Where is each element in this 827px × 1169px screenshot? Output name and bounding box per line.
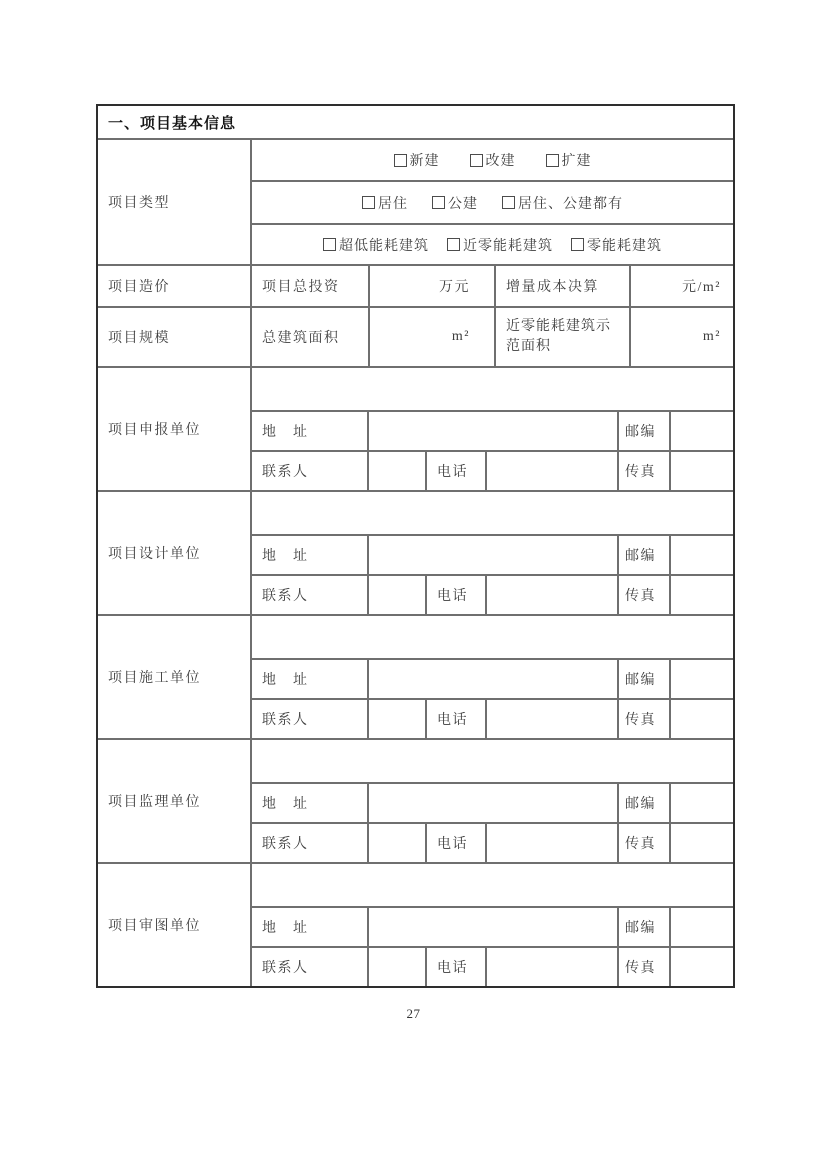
total-investment-label-cell: 项目总投资 xyxy=(250,266,368,306)
fax-input[interactable] xyxy=(669,824,733,862)
company-row xyxy=(252,864,733,906)
address-label: 地 址 xyxy=(262,669,309,689)
address-row: 地 址 邮编 xyxy=(252,534,733,574)
postcode-input[interactable] xyxy=(669,908,733,946)
unit-section-label: 项目监理单位 xyxy=(108,791,201,811)
fax-label-cell: 传真 xyxy=(617,948,669,986)
postcode-label: 邮编 xyxy=(625,917,656,937)
postcode-label: 邮编 xyxy=(625,669,656,689)
option-label: 零能耗建筑 xyxy=(587,235,662,255)
checkbox-icon xyxy=(502,196,515,209)
unit-section-label: 项目申报单位 xyxy=(108,419,201,439)
unit-section-label: 项目施工单位 xyxy=(108,667,201,687)
postcode-label-cell: 邮编 xyxy=(617,784,669,822)
phone-input[interactable] xyxy=(485,824,617,862)
postcode-input[interactable] xyxy=(669,536,733,574)
contact-label-cell: 联系人 xyxy=(252,452,367,490)
project-type-options: 新建 改建 扩建 居住 公建 居住、公建都有 超低能耗建筑 近零能耗建筑 零能耗… xyxy=(250,140,733,264)
address-label-cell: 地 址 xyxy=(252,660,367,698)
contact-row: 联系人 电话 传真 xyxy=(252,946,733,986)
floor-area-unit: m² xyxy=(452,329,470,345)
project-cost-label: 项目造价 xyxy=(108,276,170,296)
contact-label: 联系人 xyxy=(262,585,309,605)
postcode-input[interactable] xyxy=(669,660,733,698)
phone-label-cell: 电话 xyxy=(425,700,485,738)
demo-area-label: 近零能耗建筑示范面积 xyxy=(506,317,618,358)
document-page: 一、项目基本信息 项目类型 新建 改建 扩建 居住 公建 居住、公建都有 超低能 xyxy=(0,0,827,1169)
fax-label: 传真 xyxy=(625,585,656,605)
checkbox-option-renovation[interactable]: 改建 xyxy=(470,150,516,170)
address-label-cell: 地 址 xyxy=(252,536,367,574)
contact-row: 联系人 电话 传真 xyxy=(252,574,733,614)
address-row: 地 址 邮编 xyxy=(252,410,733,450)
floor-area-label-cell: 总建筑面积 xyxy=(250,308,368,366)
fax-input[interactable] xyxy=(669,700,733,738)
postcode-label: 邮编 xyxy=(625,545,656,565)
option-label: 公建 xyxy=(448,193,478,213)
unit-section-construction: 项目施工单位 地 址 邮编 联系人 电话 传真 xyxy=(98,614,733,738)
contact-label: 联系人 xyxy=(262,957,309,977)
unit-name-label-cell: 项目监理单位 xyxy=(98,740,250,862)
project-scale-label-cell: 项目规模 xyxy=(98,308,250,366)
project-type-row-energy-level: 超低能耗建筑 近零能耗建筑 零能耗建筑 xyxy=(252,223,733,264)
unit-name-label-cell: 项目设计单位 xyxy=(98,492,250,614)
phone-label-cell: 电话 xyxy=(425,824,485,862)
address-input[interactable] xyxy=(367,660,617,698)
company-name-input[interactable] xyxy=(252,740,733,782)
checkbox-icon xyxy=(362,196,375,209)
fax-label-cell: 传真 xyxy=(617,452,669,490)
option-label: 新建 xyxy=(410,150,440,170)
checkbox-icon xyxy=(447,238,460,251)
unit-section-label: 项目审图单位 xyxy=(108,915,201,935)
unit-section-fields: 地 址 邮编 联系人 电话 传真 xyxy=(250,864,733,986)
demo-area-label-cell: 近零能耗建筑示范面积 xyxy=(494,308,629,366)
project-scale-row: 项目规模 总建筑面积 m² 近零能耗建筑示范面积 m² xyxy=(98,306,733,366)
address-input[interactable] xyxy=(367,412,617,450)
option-label: 居住、公建都有 xyxy=(518,193,623,213)
address-label-cell: 地 址 xyxy=(252,784,367,822)
total-investment-input[interactable]: 万元 xyxy=(368,266,494,306)
contact-input[interactable] xyxy=(367,452,425,490)
demo-area-unit: m² xyxy=(703,329,721,345)
unit-name-label-cell: 项目施工单位 xyxy=(98,616,250,738)
fax-input[interactable] xyxy=(669,576,733,614)
checkbox-option-public[interactable]: 公建 xyxy=(432,193,478,213)
contact-input[interactable] xyxy=(367,948,425,986)
phone-label: 电话 xyxy=(437,709,468,729)
checkbox-icon xyxy=(323,238,336,251)
company-name-input[interactable] xyxy=(252,492,733,534)
unit-section-supervision: 项目监理单位 地 址 邮编 联系人 电话 传真 xyxy=(98,738,733,862)
company-row xyxy=(252,368,733,410)
address-label-cell: 地 址 xyxy=(252,908,367,946)
contact-input[interactable] xyxy=(367,700,425,738)
option-label: 居住 xyxy=(378,193,408,213)
address-label: 地 址 xyxy=(262,793,309,813)
address-label: 地 址 xyxy=(262,545,309,565)
address-input[interactable] xyxy=(367,908,617,946)
unit-section-fields: 地 址 邮编 联系人 电话 传真 xyxy=(250,616,733,738)
page-number: 27 xyxy=(0,1006,827,1022)
project-type-label: 项目类型 xyxy=(108,192,170,212)
fax-label-cell: 传真 xyxy=(617,700,669,738)
fax-input[interactable] xyxy=(669,948,733,986)
postcode-label-cell: 邮编 xyxy=(617,536,669,574)
contact-label: 联系人 xyxy=(262,833,309,853)
contact-row: 联系人 电话 传真 xyxy=(252,450,733,490)
phone-label: 电话 xyxy=(437,957,468,977)
postcode-input[interactable] xyxy=(669,412,733,450)
project-info-table: 一、项目基本信息 项目类型 新建 改建 扩建 居住 公建 居住、公建都有 超低能 xyxy=(96,104,735,988)
postcode-label-cell: 邮编 xyxy=(617,660,669,698)
address-label: 地 址 xyxy=(262,421,309,441)
checkbox-option-residential-and-public[interactable]: 居住、公建都有 xyxy=(502,193,623,213)
contact-input[interactable] xyxy=(367,824,425,862)
total-investment-label: 项目总投资 xyxy=(262,276,340,296)
fax-label: 传真 xyxy=(625,709,656,729)
option-label: 超低能耗建筑 xyxy=(339,235,429,255)
postcode-label: 邮编 xyxy=(625,421,656,441)
fax-label: 传真 xyxy=(625,957,656,977)
address-row: 地 址 邮编 xyxy=(252,906,733,946)
table-title: 一、项目基本信息 xyxy=(108,112,236,133)
company-row xyxy=(252,616,733,658)
phone-label: 电话 xyxy=(437,585,468,605)
checkbox-option-ultra-low-energy[interactable]: 超低能耗建筑 xyxy=(323,235,429,255)
demo-area-input[interactable]: m² xyxy=(629,308,733,366)
postcode-label: 邮编 xyxy=(625,793,656,813)
fax-label: 传真 xyxy=(625,461,656,481)
fax-label: 传真 xyxy=(625,833,656,853)
unit-section-fields: 地 址 邮编 联系人 电话 传真 xyxy=(250,368,733,490)
checkbox-option-residential[interactable]: 居住 xyxy=(362,193,408,213)
phone-label: 电话 xyxy=(437,833,468,853)
total-investment-unit: 万元 xyxy=(439,276,470,296)
fax-label-cell: 传真 xyxy=(617,824,669,862)
unit-section-declaring: 项目申报单位 地 址 邮编 联系人 电话 传真 xyxy=(98,366,733,490)
postcode-input[interactable] xyxy=(669,784,733,822)
unit-section-fields: 地 址 邮编 联系人 电话 传真 xyxy=(250,740,733,862)
contact-input[interactable] xyxy=(367,576,425,614)
company-name-input[interactable] xyxy=(252,864,733,906)
phone-input[interactable] xyxy=(485,576,617,614)
project-cost-row: 项目造价 项目总投资 万元 增量成本决算 元/m² xyxy=(98,264,733,306)
contact-label-cell: 联系人 xyxy=(252,700,367,738)
checkbox-option-near-zero-energy[interactable]: 近零能耗建筑 xyxy=(447,235,553,255)
project-type-row-construction: 新建 改建 扩建 xyxy=(252,140,733,180)
unit-section-fields: 地 址 邮编 联系人 电话 传真 xyxy=(250,492,733,614)
checkbox-icon xyxy=(546,154,559,167)
phone-label-cell: 电话 xyxy=(425,452,485,490)
company-name-input[interactable] xyxy=(252,616,733,658)
phone-label-cell: 电话 xyxy=(425,576,485,614)
contact-row: 联系人 电话 传真 xyxy=(252,698,733,738)
postcode-label-cell: 邮编 xyxy=(617,412,669,450)
address-label: 地 址 xyxy=(262,917,309,937)
checkbox-icon xyxy=(432,196,445,209)
address-row: 地 址 邮编 xyxy=(252,658,733,698)
option-label: 近零能耗建筑 xyxy=(463,235,553,255)
address-input[interactable] xyxy=(367,536,617,574)
contact-label: 联系人 xyxy=(262,709,309,729)
contact-label-cell: 联系人 xyxy=(252,576,367,614)
contact-row: 联系人 电话 传真 xyxy=(252,822,733,862)
unit-name-label-cell: 项目审图单位 xyxy=(98,864,250,986)
project-type-block: 项目类型 新建 改建 扩建 居住 公建 居住、公建都有 超低能耗建筑 近零能耗建… xyxy=(98,138,733,264)
postcode-label-cell: 邮编 xyxy=(617,908,669,946)
phone-label-cell: 电话 xyxy=(425,948,485,986)
company-row xyxy=(252,740,733,782)
phone-input[interactable] xyxy=(485,948,617,986)
checkbox-option-new-construction[interactable]: 新建 xyxy=(394,150,440,170)
checkbox-icon xyxy=(571,238,584,251)
company-row xyxy=(252,492,733,534)
project-type-row-usage: 居住 公建 居住、公建都有 xyxy=(252,180,733,223)
address-label-cell: 地 址 xyxy=(252,412,367,450)
contact-label-cell: 联系人 xyxy=(252,824,367,862)
checkbox-option-zero-energy[interactable]: 零能耗建筑 xyxy=(571,235,662,255)
unit-section-drawing-review: 项目审图单位 地 址 邮编 联系人 电话 传真 xyxy=(98,862,733,986)
address-row: 地 址 邮编 xyxy=(252,782,733,822)
unit-section-design: 项目设计单位 地 址 邮编 联系人 电话 传真 xyxy=(98,490,733,614)
phone-input[interactable] xyxy=(485,452,617,490)
phone-label: 电话 xyxy=(437,461,468,481)
phone-input[interactable] xyxy=(485,700,617,738)
table-title-row: 一、项目基本信息 xyxy=(98,106,733,138)
incremental-cost-label: 增量成本决算 xyxy=(506,276,599,296)
unit-name-label-cell: 项目申报单位 xyxy=(98,368,250,490)
floor-area-input[interactable]: m² xyxy=(368,308,494,366)
checkbox-icon xyxy=(470,154,483,167)
floor-area-label: 总建筑面积 xyxy=(262,327,340,347)
address-input[interactable] xyxy=(367,784,617,822)
company-name-input[interactable] xyxy=(252,368,733,410)
unit-section-label: 项目设计单位 xyxy=(108,543,201,563)
checkbox-icon xyxy=(394,154,407,167)
contact-label-cell: 联系人 xyxy=(252,948,367,986)
incremental-cost-input[interactable]: 元/m² xyxy=(629,266,733,306)
project-cost-label-cell: 项目造价 xyxy=(98,266,250,306)
contact-label: 联系人 xyxy=(262,461,309,481)
option-label: 改建 xyxy=(486,150,516,170)
incremental-cost-unit: 元/m² xyxy=(682,276,721,296)
project-type-label-cell: 项目类型 xyxy=(98,140,250,264)
incremental-cost-label-cell: 增量成本决算 xyxy=(494,266,629,306)
option-label: 扩建 xyxy=(562,150,592,170)
fax-label-cell: 传真 xyxy=(617,576,669,614)
checkbox-option-expansion[interactable]: 扩建 xyxy=(546,150,592,170)
fax-input[interactable] xyxy=(669,452,733,490)
project-scale-label: 项目规模 xyxy=(108,327,170,347)
